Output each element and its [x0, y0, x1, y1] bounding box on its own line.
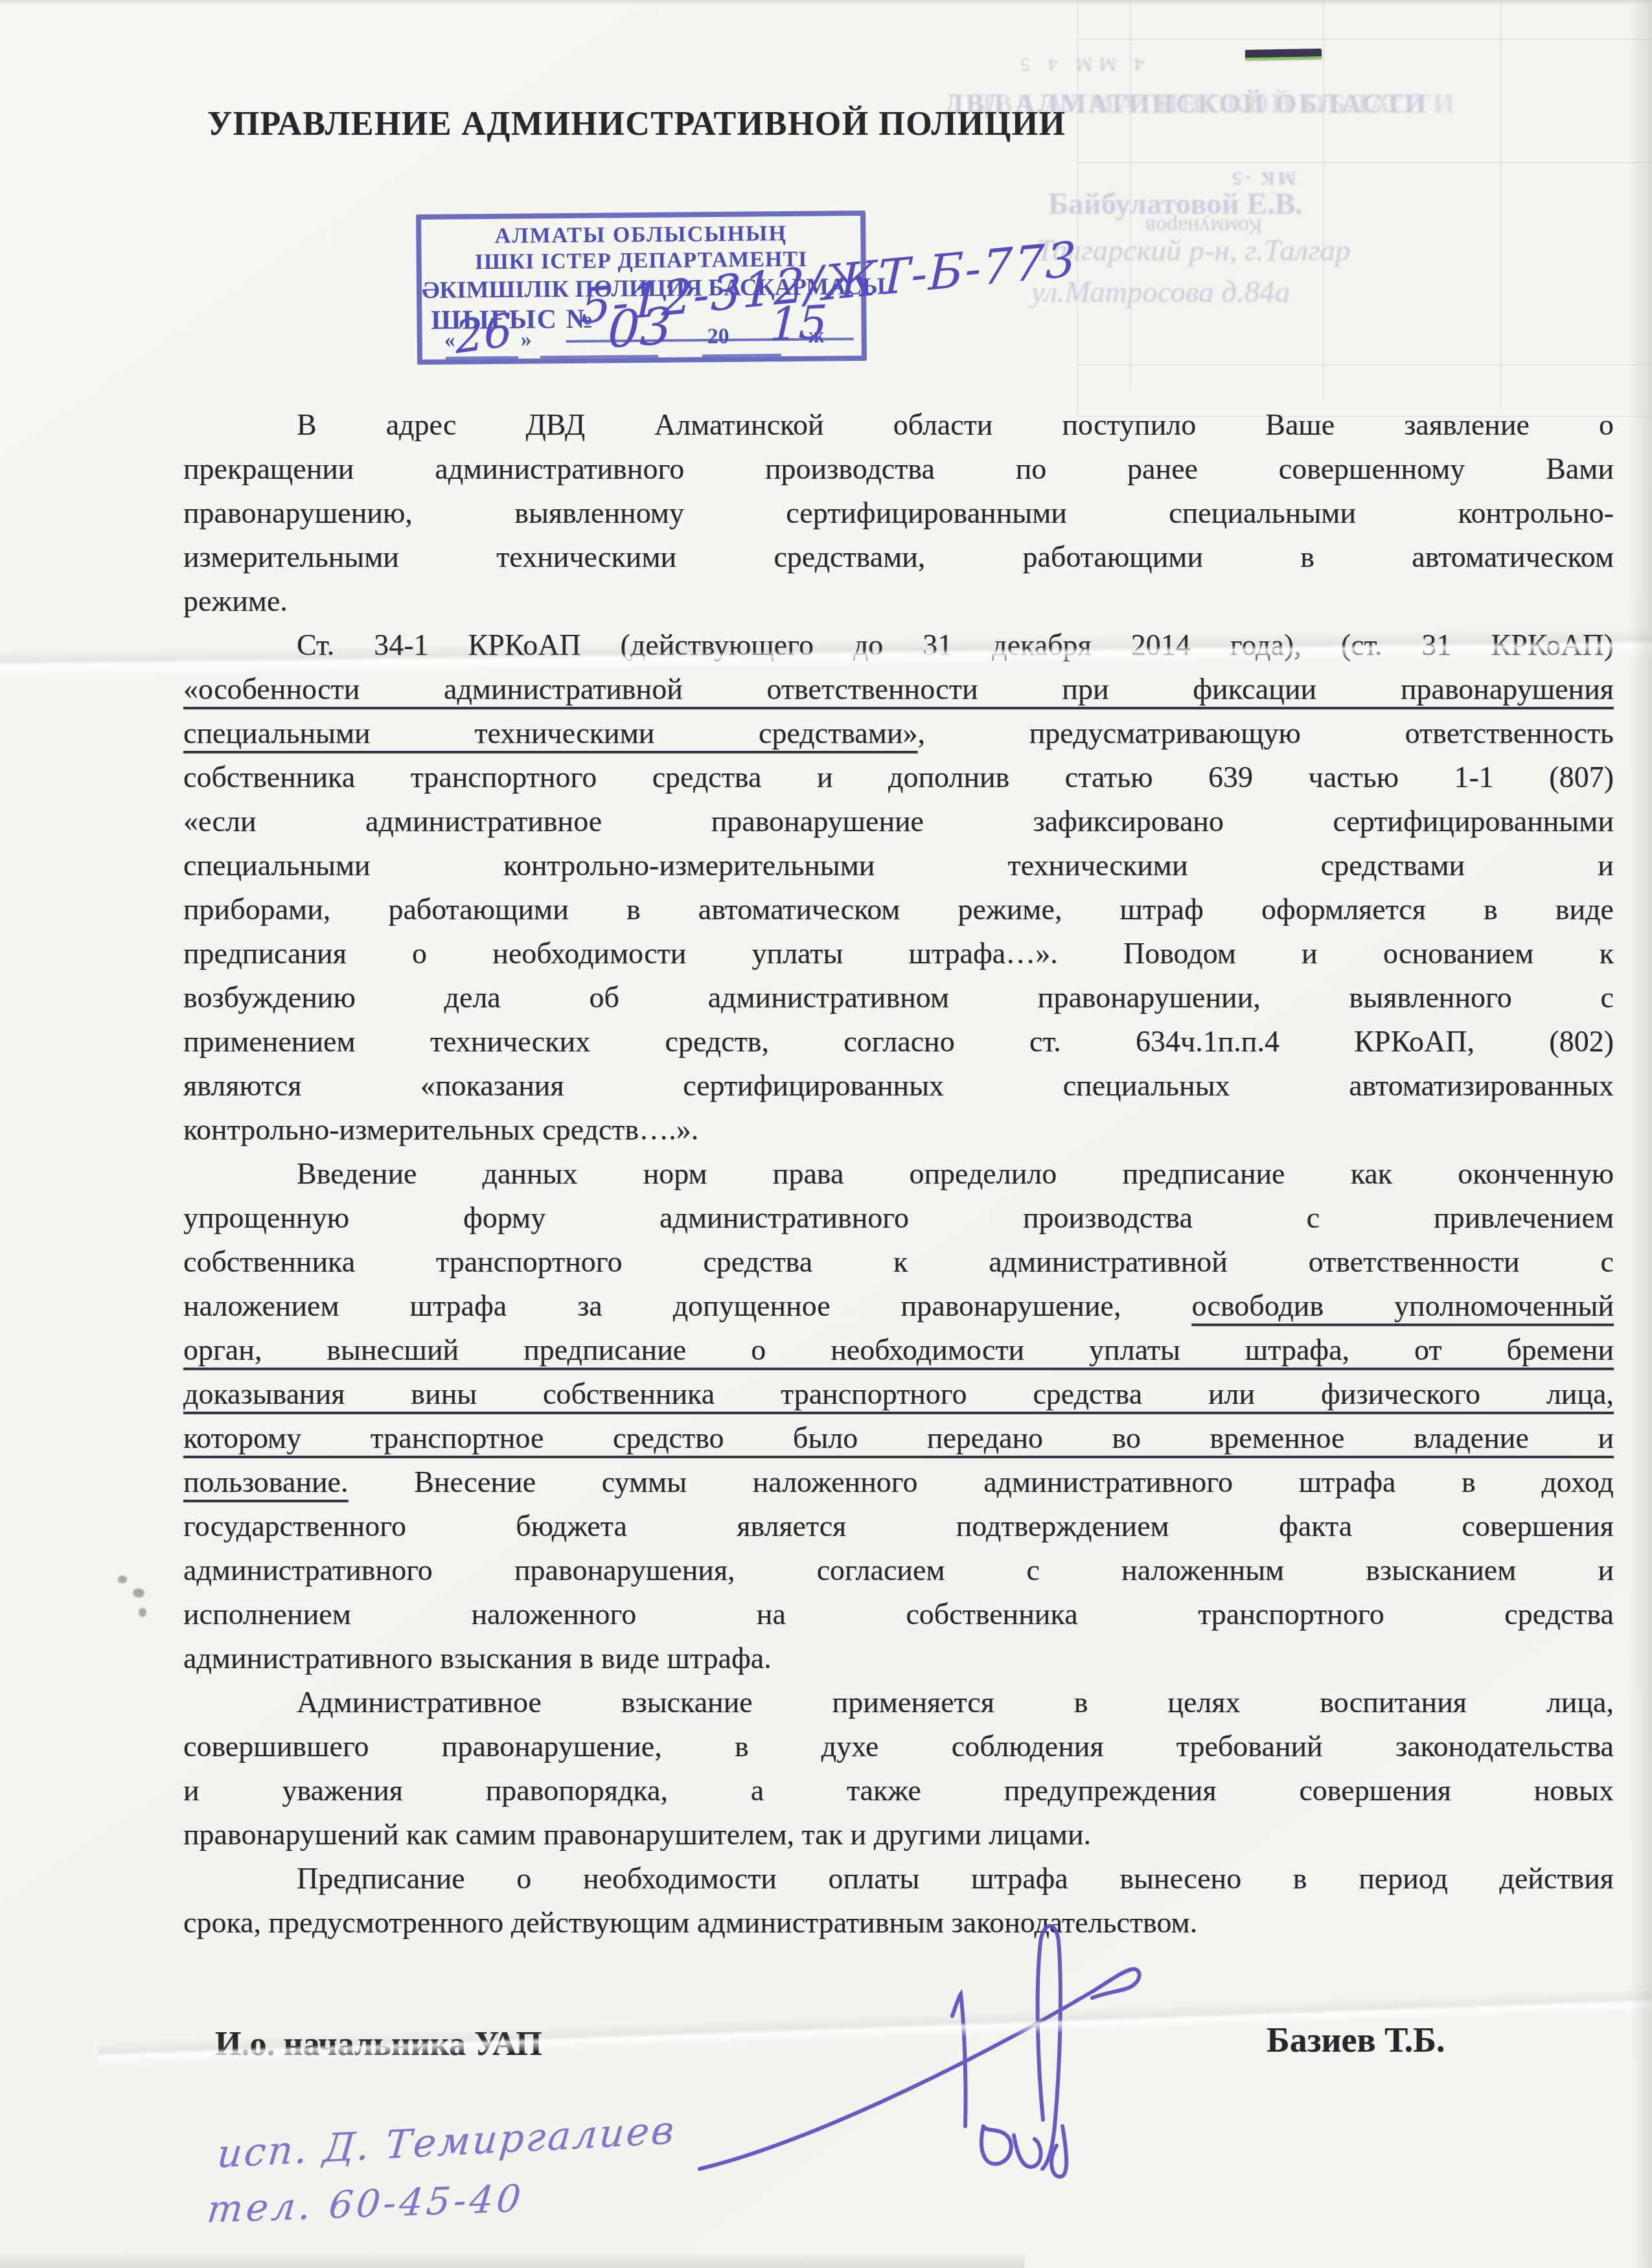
signer-position-label: И.о. начальника УАП — [215, 2025, 542, 2063]
body-line: измерительными техническими средствами, … — [183, 535, 1614, 579]
body-line: Предписание о необходимости оплаты штраф… — [183, 1857, 1614, 1901]
bleed-grid-line — [1078, 364, 1652, 365]
body-line: прекращении административного производст… — [183, 447, 1614, 491]
body-line: наложением штрафа за допущенное правонар… — [183, 1284, 1614, 1328]
body-line: упрощенную форму административного произ… — [183, 1196, 1614, 1240]
body-line: и уважения правопорядка, а также предупр… — [183, 1769, 1614, 1813]
handwritten-phone: тел. 60-45-40 — [205, 2176, 527, 2231]
body-line: которому транспортное средство было пере… — [183, 1416, 1614, 1460]
bleed-address-line1: Талгарский р-н, г.Талгар — [1037, 233, 1351, 268]
body-line: Административное взыскание применяется в… — [183, 1680, 1614, 1724]
body-line: административного взыскания в виде штраф… — [183, 1636, 1614, 1680]
body-line: собственника транспортного средства к ад… — [183, 1240, 1614, 1284]
body-line: специальными техническими средствами», п… — [183, 711, 1614, 755]
body-line: являются «показания сертифицированных сп… — [183, 1064, 1614, 1108]
scanned-letter-page: 4 ММ 4 5 ДВД АЛМАТИНСКОЙ ОБЛАСТИ МК -5 Б… — [0, 0, 1652, 2268]
body-line: собственника транспортного средства и до… — [183, 755, 1614, 799]
bleed-grid-line — [1323, 0, 1324, 402]
bleed-mk-mark: МК -5 — [1230, 167, 1296, 189]
handwritten-day: 26 — [453, 303, 514, 365]
bleed-ruler-marks: 4 ММ 4 5 — [1014, 53, 1144, 75]
bleed-grid-line — [1500, 0, 1502, 408]
stamp-year-printed: 20 — [707, 325, 729, 349]
scan-edge-bottom — [0, 2251, 1024, 2268]
body-line: пользование. Внесение суммы наложенного … — [183, 1460, 1614, 1504]
body-line: применением технических средств, согласн… — [183, 1020, 1614, 1064]
body-line: правонарушений как самим правонарушителе… — [183, 1813, 1614, 1857]
body-line: совершившего правонарушение, в духе собл… — [183, 1724, 1614, 1769]
stamp-line-1: АЛМАТЫ ОБЛЫСЫНЫҢ — [421, 221, 860, 249]
body-line: контрольно-измерительных средств….». — [183, 1108, 1614, 1152]
body-line: государственного бюджета является подтве… — [183, 1504, 1614, 1548]
signer-name: Базиев Т.Б. — [1267, 2020, 1445, 2060]
pen-signature — [680, 1911, 1173, 2183]
ink-speck — [118, 1575, 127, 1583]
handwritten-executor: исп. Д. Темиргалиев — [215, 2107, 678, 2177]
body-line: режиме. — [183, 579, 1614, 623]
bleed-grid-line — [1078, 162, 1652, 163]
body-line: доказывания вины собственника транспортн… — [183, 1372, 1614, 1416]
staple-mark — [1245, 49, 1322, 60]
body-line: возбуждению дела об административном пра… — [183, 976, 1614, 1020]
body-line: В адрес ДВД Алматинской области поступил… — [183, 403, 1614, 447]
body-line: Введение данных норм права определило пр… — [183, 1152, 1614, 1196]
stamp-quote-open: « — [444, 328, 455, 353]
body-line: административного правонарушения, соглас… — [183, 1548, 1614, 1592]
ink-speck — [139, 1608, 146, 1617]
letter-title: УПРАВЛЕНИЕ АДМИНИСТРАТИВНОЙ ПОЛИЦИИ — [207, 105, 1066, 143]
scan-edge-top — [0, 0, 1652, 5]
body-line: специальными контрольно-измерительными т… — [183, 843, 1614, 888]
body-line: предписания о необходимости уплаты штраф… — [183, 932, 1614, 976]
stamp-year-blank-line — [702, 354, 781, 357]
body-line: правонарушению, выявленному сертифициров… — [183, 491, 1614, 535]
scan-edge-right — [1630, 0, 1652, 2268]
stamp-quote-close: » — [521, 327, 532, 352]
ink-speck — [133, 1588, 144, 1598]
body-line: приборами, работающими в автоматическом … — [183, 888, 1614, 932]
body-line: «особенности административной ответствен… — [183, 667, 1614, 711]
bleed-grid-line — [1078, 39, 1652, 40]
handwritten-month: 03 — [607, 297, 673, 360]
handwritten-year: 15 — [769, 295, 829, 352]
body-line: «если административное правонарушение за… — [183, 799, 1614, 843]
body-line: орган, вынесший предписание о необходимо… — [183, 1328, 1614, 1372]
body-text: В адрес ДВД Алматинской области поступил… — [183, 403, 1614, 1945]
body-line: Ст. 34-1 КРКоАП (действующего до 31 дека… — [183, 623, 1614, 667]
body-line: исполнением наложенного на собственника … — [183, 1592, 1614, 1636]
